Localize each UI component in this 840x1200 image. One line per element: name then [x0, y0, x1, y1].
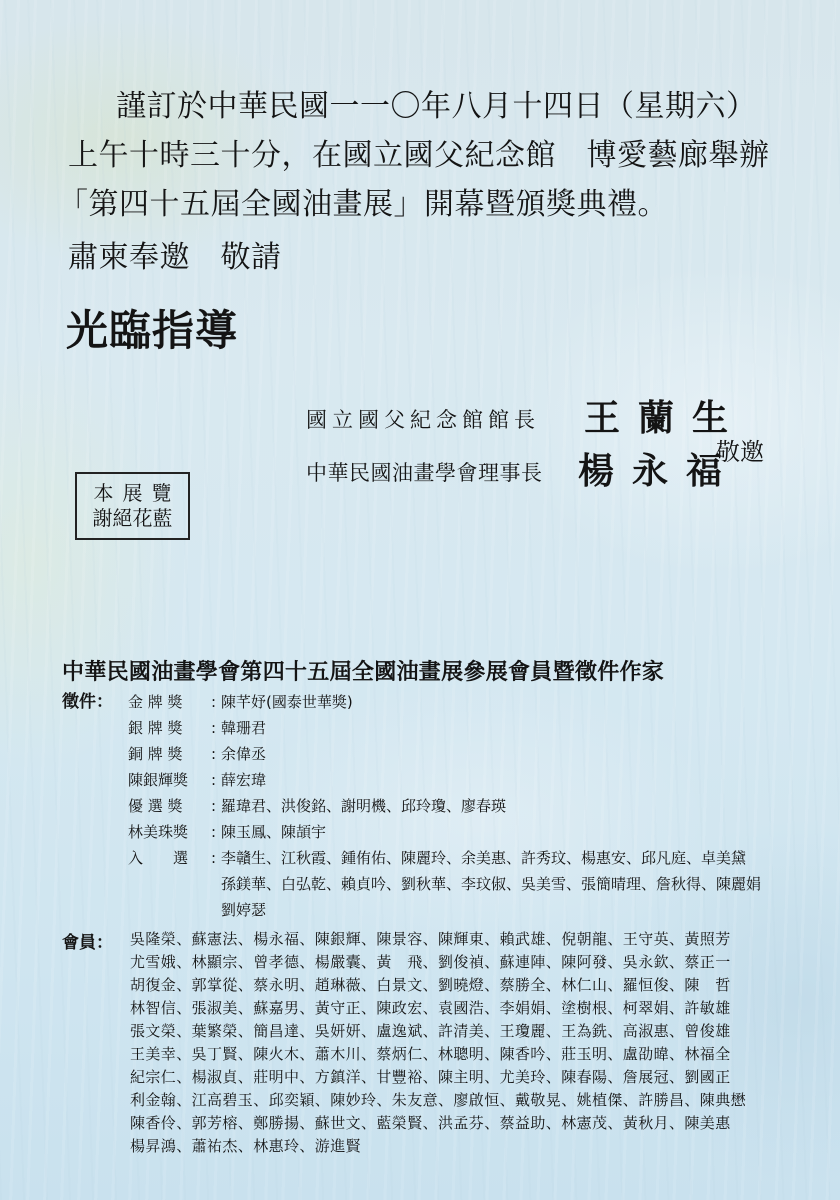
invitation-time-venue-line: 上午十時三十分，在國立國父紀念館 博愛藝廊舉辦: [68, 141, 770, 171]
award-label: 銀 牌 獎: [128, 716, 211, 740]
award-winners: 羅瑋君、洪俊銘、謝明機、邱玲瓊、廖春瑛: [221, 797, 506, 815]
award-row-silver: 銀 牌 獎:韓珊君: [128, 716, 266, 740]
award-label: 優 選 獎: [128, 794, 211, 818]
award-winners: 韓珊君: [221, 719, 266, 737]
award-row-lin-meizhu: 林美珠獎:陳玉鳳、陳頡宇: [128, 820, 326, 844]
signatory-title-society-chair: 中華民國油畫學會理事長: [306, 463, 543, 484]
award-row-gold: 徵件：金 牌 獎:陳芊妤(國泰世華獎): [62, 690, 353, 714]
signatory-title-museum-director: 國立國父紀念館館長: [306, 410, 540, 431]
award-label: 銅 牌 獎: [128, 742, 211, 766]
notice-line-2: 謝絕花藍: [93, 506, 173, 531]
members-row: 陳香伶、郭芳榕、鄭勝揚、蘇世文、藍榮賢、洪孟芬、蔡益助、林憲茂、黃秋月、陳美惠: [130, 1112, 746, 1135]
members-label: 會員：: [62, 928, 113, 953]
members-row: 楊昇鴻、蕭祐杰、林惠玲、游進賢: [130, 1135, 746, 1158]
award-winners: 李贛生、江秋霞、鍾侑佑、陳麗玲、余美惠、許秀玟、楊惠安、邱凡庭、卓美黛: [221, 849, 746, 867]
award-label: 金 牌 獎: [128, 690, 211, 714]
award-winners: 余偉丞: [221, 745, 266, 763]
invitation-request-line: 肅柬奉邀 敬請: [68, 243, 282, 273]
award-row-chen-yinhui: 陳銀輝獎:薛宏瑋: [128, 768, 266, 792]
award-label: 林美珠獎: [128, 820, 211, 844]
award-row-bronze: 銅 牌 獎:余偉丞: [128, 742, 266, 766]
notice-line-1: 本展覽: [85, 481, 181, 506]
award-label: 陳銀輝獎: [128, 768, 211, 792]
selected-continued-row: 孫鎂華、白弘乾、賴貞吟、劉秋華、李玟俶、吳美雪、張簡晴理、詹秋得、陳麗娟: [221, 872, 761, 896]
members-row: 紀宗仁、楊淑貞、莊明中、方鎮洋、甘豐裕、陳主明、尤美玲、陳春陽、詹展冠、劉國正: [130, 1066, 746, 1089]
selected-continued-row: 劉婷瑟: [221, 898, 266, 922]
solicitation-label: 徵件：: [62, 690, 128, 714]
invitation-date-line: 謹訂於中華民國一一〇年八月十四日（星期六）: [116, 92, 757, 122]
members-row: 王美幸、吳丁賢、陳火木、蕭木川、蔡炳仁、林聰明、陳香吟、莊玉明、盧劭暐、林福全: [130, 1043, 746, 1066]
members-list: 吳隆榮、蘇憲法、楊永福、陳銀輝、陳景容、陳輝東、賴武雄、倪朝龍、王守英、黃照芳 …: [130, 928, 746, 1158]
award-winners: 薛宏瑋: [221, 771, 266, 789]
invitation-honor-heading: 光臨指導: [66, 310, 238, 352]
award-winners: 陳玉鳳、陳頡宇: [221, 823, 326, 841]
award-label: 入 選: [128, 846, 211, 870]
award-row-honorable: 優 選 獎:羅瑋君、洪俊銘、謝明機、邱玲瓊、廖春瑛: [128, 794, 506, 818]
members-row: 林智信、張淑美、蘇嘉男、黃守正、陳政宏、袁國浩、李娟娟、塗樹根、柯翠娟、許敏雄: [130, 997, 746, 1020]
respectfully-invite-label: 敬邀: [716, 432, 764, 467]
participant-list-title: 中華民國油畫學會第四十五屆全國油畫展參展會員暨徵件作家: [62, 655, 664, 686]
members-row: 吳隆榮、蘇憲法、楊永福、陳銀輝、陳景容、陳輝東、賴武雄、倪朝龍、王守英、黃照芳: [130, 928, 746, 951]
award-row-selected: 入 選:李贛生、江秋霞、鍾侑佑、陳麗玲、余美惠、許秀玟、楊惠安、邱凡庭、卓美黛: [128, 846, 746, 870]
award-winners: 陳芊妤(國泰世華獎): [221, 693, 353, 711]
invitation-event-line: 「第四十五屆全國油畫展」開幕暨頒獎典禮。: [58, 190, 668, 220]
members-row: 利金翰、江高碧玉、邱奕穎、陳妙玲、朱友意、廖啟恒、戴敬晃、姚植傑、許勝昌、陳典懋: [130, 1089, 746, 1112]
members-row: 張文榮、葉繁榮、簡昌達、吳妍妍、盧逸斌、許清美、王瓊麗、王為銑、高淑惠、曾俊雄: [130, 1020, 746, 1043]
no-flower-baskets-notice: 本展覽 謝絕花藍: [75, 472, 190, 540]
members-row: 尤雪娥、林顯宗、曾孝德、楊嚴囊、黃 飛、劉俊禎、蘇連陣、陳阿發、吳永欽、蔡正一: [130, 951, 746, 974]
signatory-name-museum-director: 王蘭生: [584, 400, 746, 436]
members-row: 胡復金、郭掌從、蔡永明、趙琳薇、白景文、劉曉燈、蔡勝全、林仁山、羅恒俊、陳 哲: [130, 974, 746, 997]
